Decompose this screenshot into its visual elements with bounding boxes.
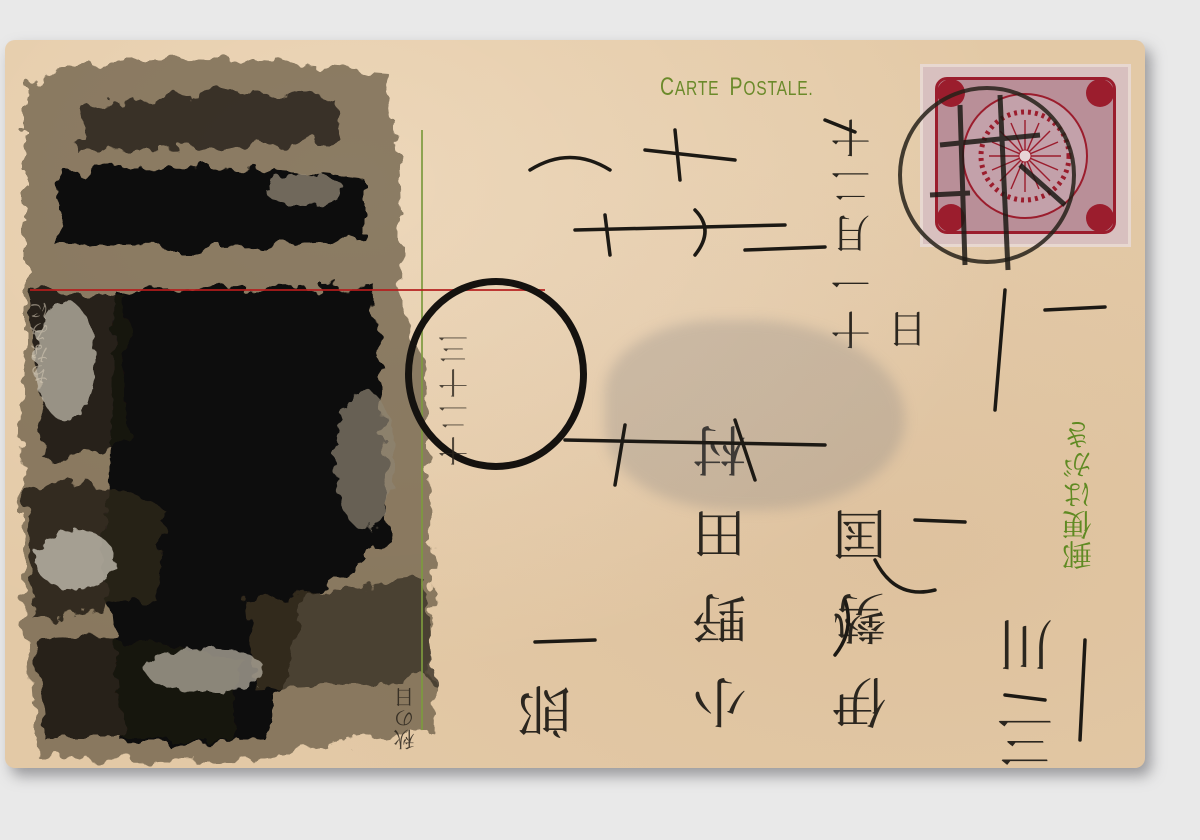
message-text-left: ちなみに bbox=[25, 85, 55, 385]
handwriting-strokes bbox=[445, 80, 1125, 768]
message-line: ちなみに bbox=[28, 301, 52, 385]
ink-illustration bbox=[5, 40, 445, 768]
message-line: 秋の日 bbox=[393, 687, 417, 750]
message-text-right: 秋の日 bbox=[390, 510, 420, 750]
postcard: ちなみに 秋の日 CARTE POSTALE. bbox=[5, 40, 1145, 768]
